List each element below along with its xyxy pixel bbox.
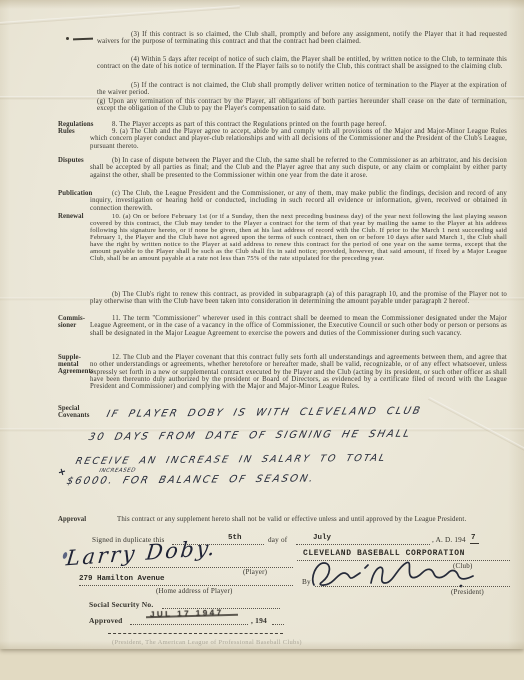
address-caption: (Home address of Player)	[156, 587, 233, 595]
scanned-contract-page: (3) If this contract is so claimed, the …	[0, 0, 524, 680]
year-digit: 7	[470, 534, 479, 544]
ink-mark	[66, 37, 69, 40]
approved-year-text: , 194	[251, 616, 267, 625]
month-fill-line	[296, 543, 430, 545]
month-value: July	[313, 534, 331, 542]
approved-date-stamp: JUL 17 1947	[150, 608, 224, 619]
cutoff-caption: (President, The American League of Profe…	[112, 639, 350, 646]
ink-mark	[73, 38, 93, 40]
paper-crease	[0, 5, 240, 25]
covenant-handwriting-line3: RECEIVE AN INCREASE IN SALARY TO TOTAL	[74, 453, 387, 467]
approved-year-line	[272, 623, 284, 625]
president-signature-line	[315, 585, 510, 587]
approved-fill-line	[130, 623, 248, 625]
player-caption: (Player)	[243, 568, 267, 576]
paper-crease	[428, 397, 524, 470]
ad-year-text: , A. D. 194	[432, 536, 466, 544]
covenant-insertion-word: INCREASED	[99, 468, 137, 474]
contract-paper-sheet: (3) If this contract is so claimed, the …	[0, 0, 524, 649]
caret-mark: +	[57, 466, 68, 479]
approved-label: Approved	[89, 616, 123, 625]
covenant-handwriting-line1: IF PLAYER DOBY IS WITH CLEVELAND CLUB	[105, 406, 423, 420]
club-name: CLEVELAND BASEBALL CORPORATION	[303, 549, 465, 558]
address-line	[79, 584, 293, 586]
margin-label-special-covenants: Special Covenants	[58, 405, 112, 419]
day-of-text: day of	[268, 536, 287, 544]
covenant-handwriting-line2: 30 DAYS FROM DATE OF SIGNING HE SHALL	[87, 429, 412, 443]
covenant-handwriting-line4: $6000. FOR BALANCE OF SEASON.	[65, 473, 315, 487]
bottom-rule	[108, 632, 283, 634]
ssn-label: Social Security No.	[89, 600, 153, 609]
player-address: 279 Hamilton Avenue	[79, 575, 165, 583]
president-caption: (President)	[451, 588, 484, 596]
day-value: 5th	[228, 534, 242, 542]
margin-label-approval: Approval	[58, 516, 112, 523]
